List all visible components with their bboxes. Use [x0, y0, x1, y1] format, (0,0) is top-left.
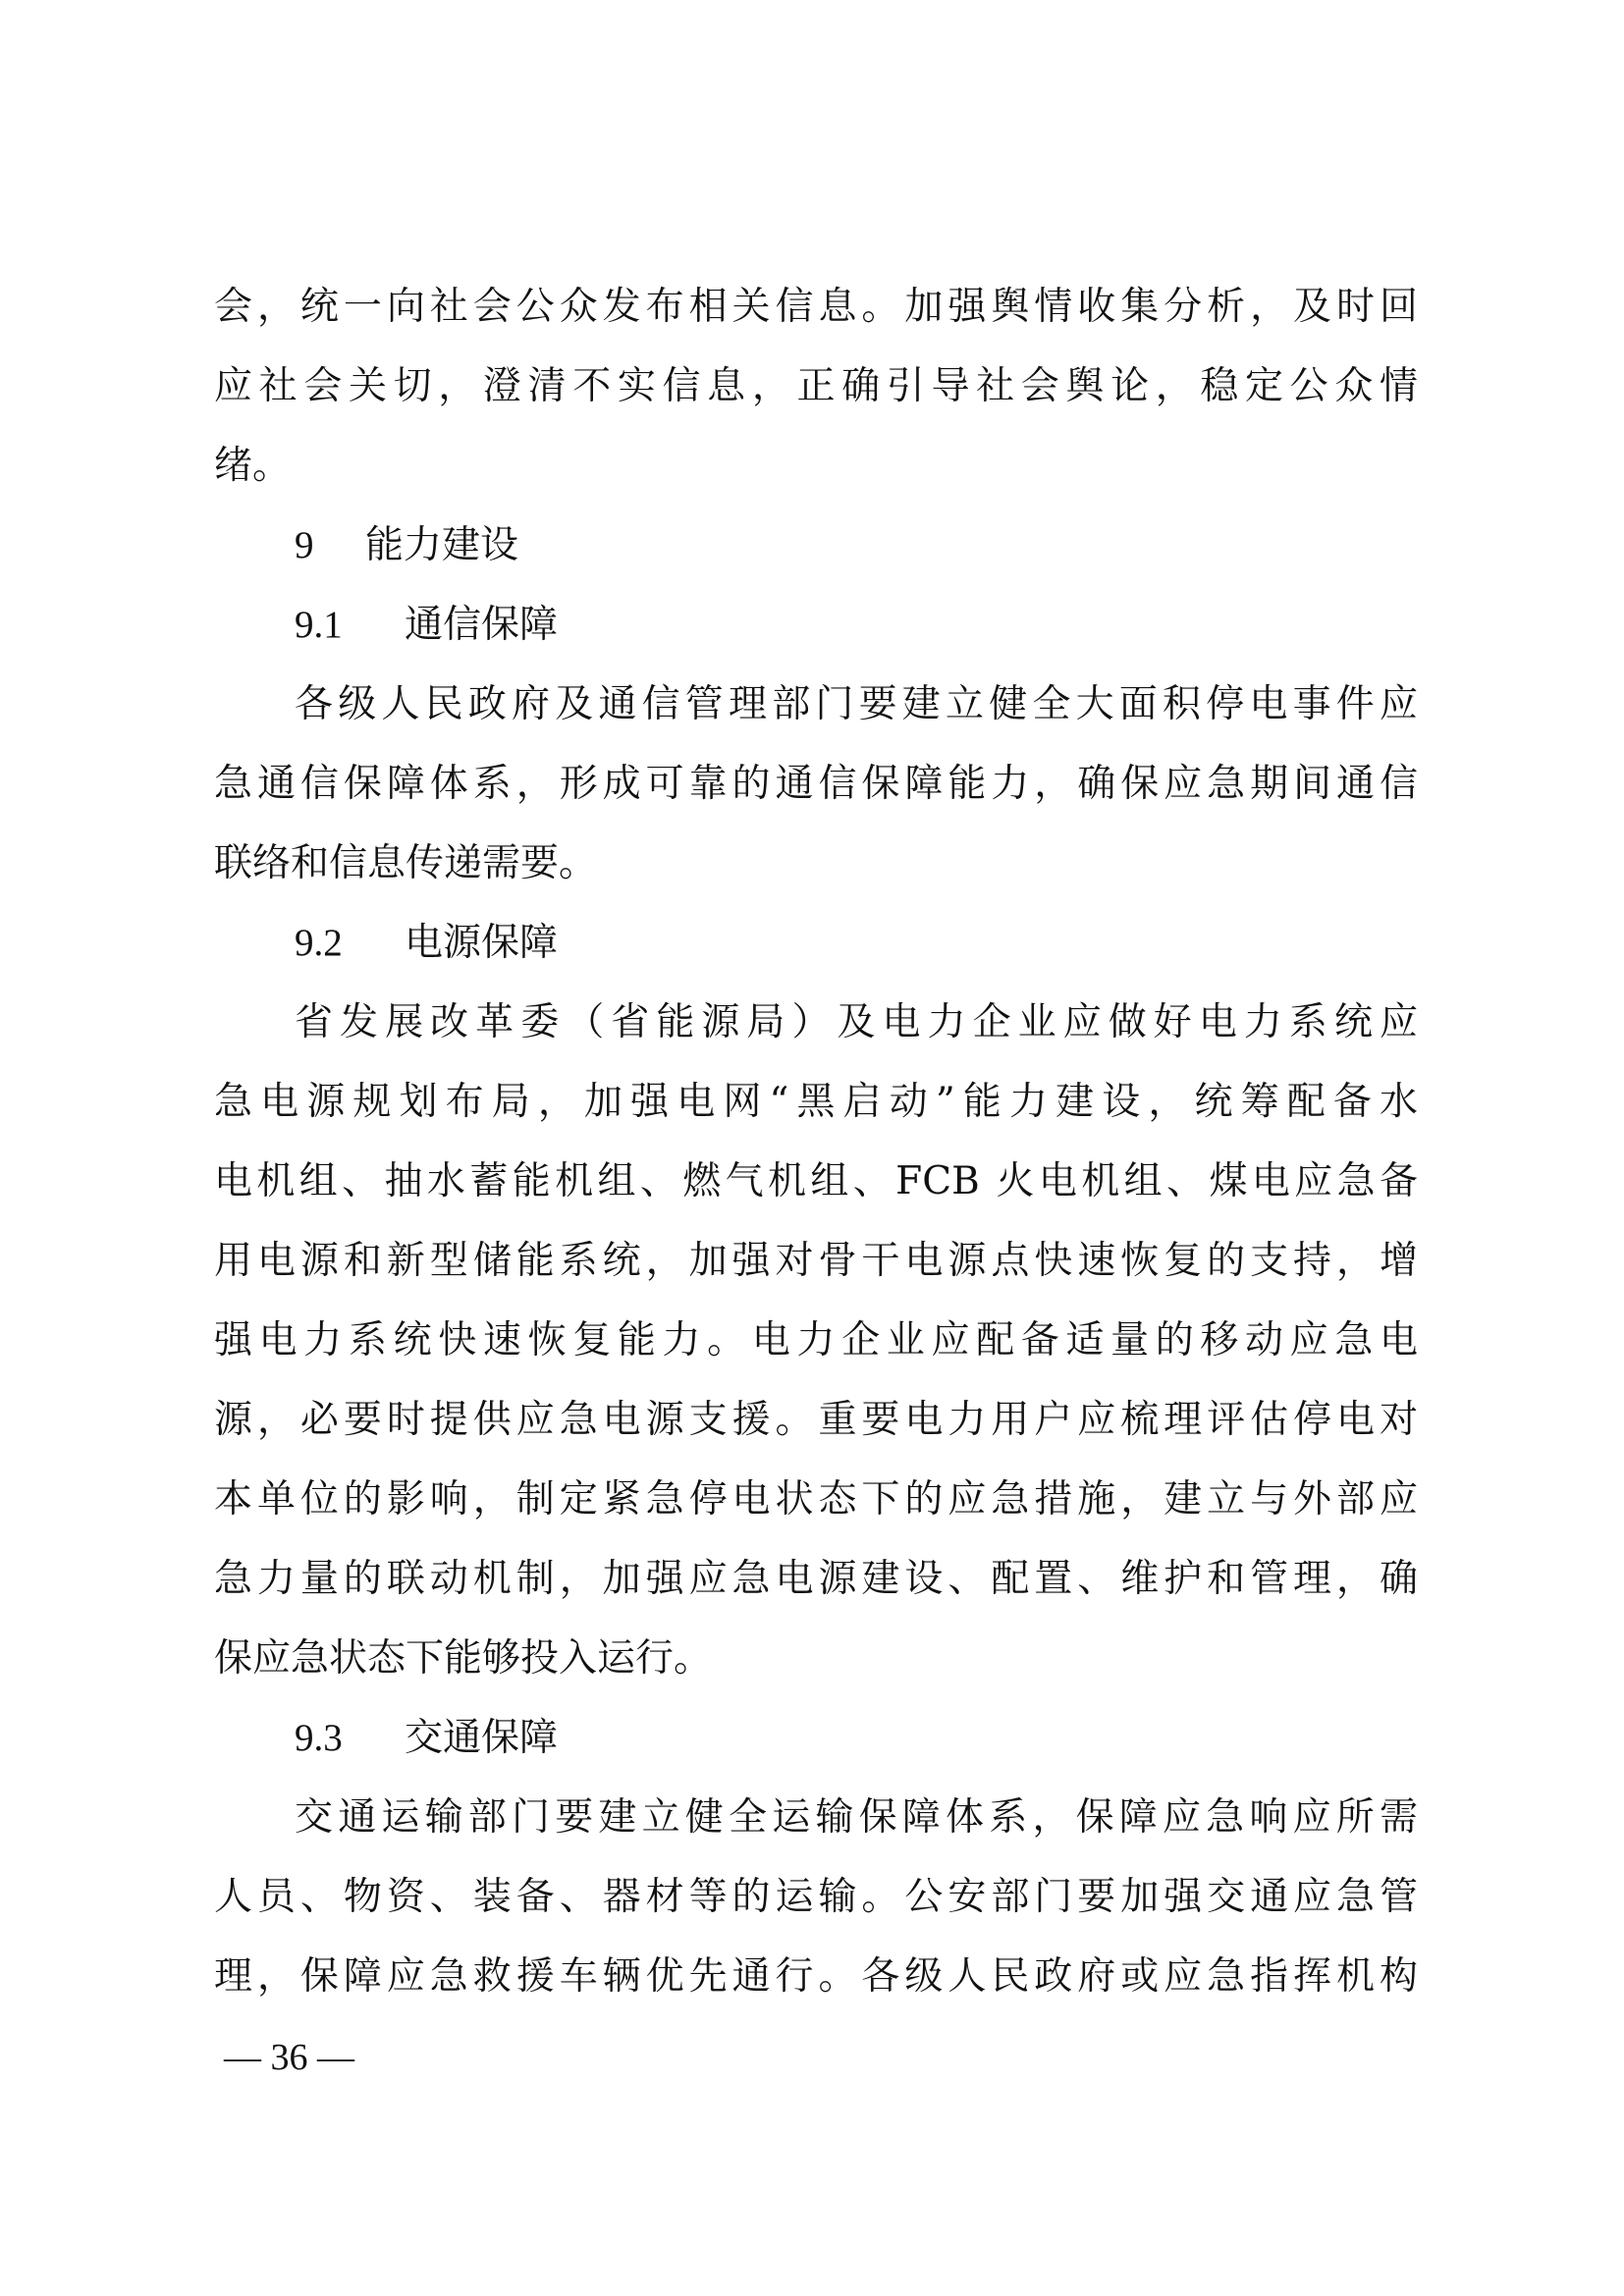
paragraph-line: 会，统一向社会公众发布相关信息。加强舆情收集分析，及时回 [214, 278, 1418, 337]
paragraph-line: 急电源规划布局，加强电网“黑启动”能力建设，统筹配备水 [214, 1073, 1418, 1132]
page-number: — 36 — [224, 2028, 354, 2087]
section-number: 9.1 [295, 596, 405, 655]
paragraph-line: 源，必要时提供应急电源支援。重要电力用户应梳理评估停电对 [214, 1391, 1418, 1450]
section-heading-9-3: 9.3交通保障 [295, 1709, 558, 1768]
paragraph-line: 绪。 [214, 437, 1418, 496]
paragraph-line: 强电力系统快速恢复能力。电力企业应配备适量的移动应急电 [214, 1311, 1418, 1370]
paragraph-line: 用电源和新型储能系统，加强对骨干电源点快速恢复的支持，增 [214, 1232, 1418, 1291]
section-title: 电源保障 [405, 921, 558, 965]
section-title: 能力建设 [365, 523, 518, 567]
paragraph-line: 应社会关切，澄清不实信息，正确引导社会舆论，稳定公众情 [214, 357, 1418, 416]
section-number: 9.3 [295, 1709, 405, 1768]
paragraph-line: 省发展改革委（省能源局）及电力企业应做好电力系统应 [295, 993, 1418, 1052]
section-heading-9-2: 9.2电源保障 [295, 914, 558, 973]
paragraph-line: 理，保障应急救援车辆优先通行。各级人民政府或应急指挥机构 [214, 1948, 1418, 2006]
paragraph-line: 联络和信息传递需要。 [214, 834, 1418, 893]
section-number: 9 [295, 516, 365, 575]
document-page: 会，统一向社会公众发布相关信息。加强舆情收集分析，及时回 应社会关切，澄清不实信… [0, 0, 1624, 2296]
paragraph-line: 保应急状态下能够投入运行。 [214, 1629, 1418, 1688]
paragraph-line: 人员、物资、装备、器材等的运输。公安部门要加强交通应急管 [214, 1868, 1418, 1927]
section-heading-9-1: 9.1通信保障 [295, 596, 558, 655]
paragraph-line: 电机组、抽水蓄能机组、燃气机组、FCB 火电机组、煤电应急备 [214, 1152, 1418, 1211]
section-number: 9.2 [295, 914, 405, 973]
paragraph-line: 急通信保障体系，形成可靠的通信保障能力，确保应急期间通信 [214, 755, 1418, 814]
paragraph-line: 急力量的联动机制，加强应急电源建设、配置、维护和管理，确 [214, 1550, 1418, 1609]
paragraph-line: 交通运输部门要建立健全运输保障体系，保障应急响应所需 [295, 1789, 1418, 1847]
section-heading-9: 9能力建设 [295, 516, 518, 575]
section-title: 交通保障 [405, 1716, 558, 1760]
paragraph-line: 本单位的影响，制定紧急停电状态下的应急措施，建立与外部应 [214, 1470, 1418, 1529]
section-title: 通信保障 [405, 603, 558, 647]
paragraph-line: 各级人民政府及通信管理部门要建立健全大面积停电事件应 [295, 675, 1418, 734]
